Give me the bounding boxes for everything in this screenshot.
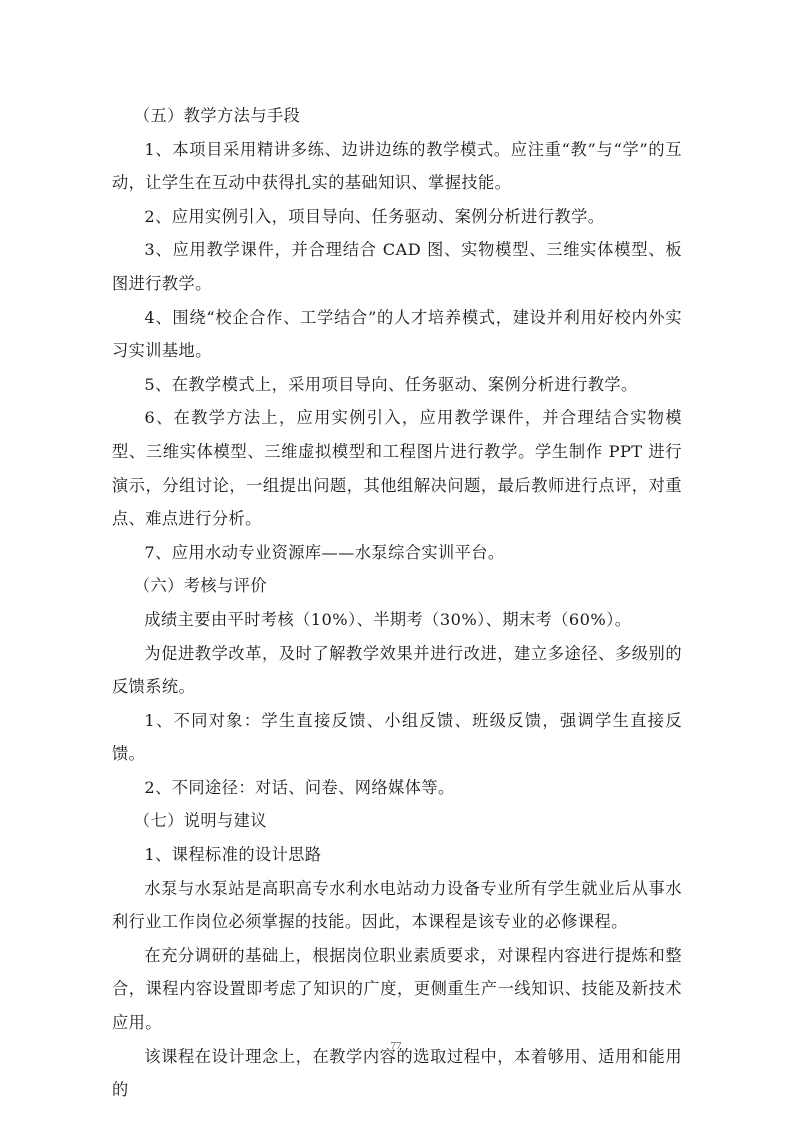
paragraph: 1、不同对象：学生直接反馈、小组反馈、班级反馈，强调学生直接反馈。 [112,704,682,771]
paragraph: 为促进教学改革，及时了解教学效果并进行改进，建立多途径、多级别的反馈系统。 [112,637,682,704]
paragraph: 4、围绕“校企合作、工学结合”的人才培养模式，建设并利用好校内外实习实训基地。 [112,301,682,368]
page-number: 77 [0,1040,792,1052]
paragraph: 1、本项目采用精讲多练、边讲边练的教学模式。应注重“教”与“学”的互动，让学生在… [112,133,682,200]
paragraph: 在充分调研的基础上，根据岗位职业素质要求，对课程内容进行提炼和整合，课程内容设置… [112,939,682,1040]
section-heading-assessment: （六）考核与评价 [112,569,682,603]
paragraph: 2、应用实例引入，项目导向、任务驱动、案例分析进行教学。 [112,200,682,234]
subheading: 1、课程标准的设计思路 [112,838,682,872]
paragraph: 7、应用水动专业资源库——水泵综合实训平台。 [112,536,682,570]
paragraph: 水泵与水泵站是高职高专水利水电站动力设备专业所有学生就业后从事水利行业工作岗位必… [112,872,682,939]
paragraph: 5、在教学模式上，采用项目导向、任务驱动、案例分析进行教学。 [112,368,682,402]
paragraph: 2、不同途径：对话、问卷、网络媒体等。 [112,771,682,805]
paragraph: 3、应用教学课件，并合理结合 CAD 图、实物模型、三维实体模型、板图进行教学。 [112,233,682,300]
paragraph: 成绩主要由平时考核（10%）、半期考（30%）、期末考（60%）。 [112,603,682,637]
body-text: （五）教学方法与手段 1、本项目采用精讲多练、边讲边练的教学模式。应注重“教”与… [112,99,682,1107]
document-page: （五）教学方法与手段 1、本项目采用精讲多练、边讲边练的教学模式。应注重“教”与… [0,0,792,1122]
section-heading-teaching-methods: （五）教学方法与手段 [112,99,682,133]
paragraph: 6、在教学方法上，应用实例引入，应用教学课件，并合理结合实物模型、三维实体模型、… [112,401,682,535]
section-heading-notes: （七）说明与建议 [112,804,682,838]
